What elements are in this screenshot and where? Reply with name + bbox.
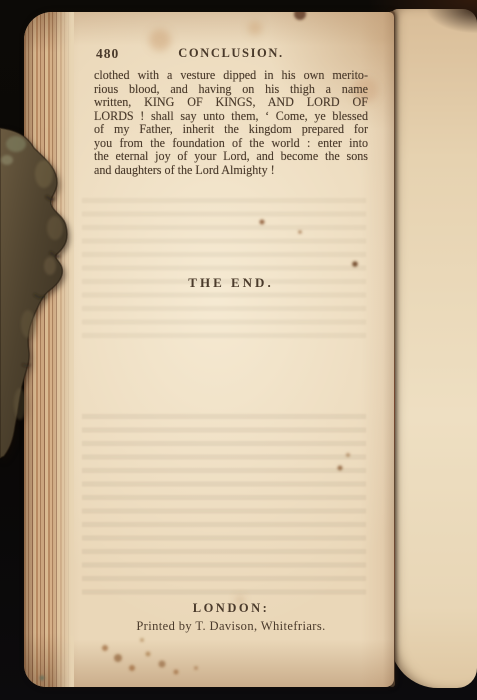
running-title: CONCLUSION.	[178, 46, 283, 60]
imprint-printer: Printed by T. Davison, Whitefriars.	[80, 619, 382, 634]
body-line: of my Father, inherit the kingdom prepar…	[94, 123, 368, 137]
binding-clasp-ornament	[0, 124, 76, 464]
body-line: and daughters of the Lord Almighty !	[94, 164, 368, 178]
body-line: written, KING OF KINGS, AND LORD OF	[94, 96, 368, 110]
book-page: 480 CONCLUSION. clothed with a vesture d…	[24, 12, 394, 687]
body-line: LORDS ! shall say unto them, ‘ Come, ye …	[94, 110, 368, 124]
underlying-page	[390, 9, 477, 688]
the-end-label: THE END.	[94, 275, 368, 291]
page-number: 480	[96, 46, 119, 62]
body-paragraph: clothed with a vesture dipped in his own…	[94, 69, 368, 177]
body-line: rious blood, and having on his thigh a n…	[94, 83, 368, 97]
body-line: you from the foundation of the world : e…	[94, 137, 368, 151]
body-line: clothed with a vesture dipped in his own…	[94, 69, 368, 83]
running-header: 480 CONCLUSION.	[94, 46, 368, 62]
imprint-city: LONDON:	[94, 601, 368, 616]
photo-backdrop: 480 CONCLUSION. clothed with a vesture d…	[0, 0, 477, 700]
body-line: the eternal joy of your Lord, and become…	[94, 150, 368, 164]
printed-text-column: 480 CONCLUSION. clothed with a vesture d…	[94, 12, 368, 687]
